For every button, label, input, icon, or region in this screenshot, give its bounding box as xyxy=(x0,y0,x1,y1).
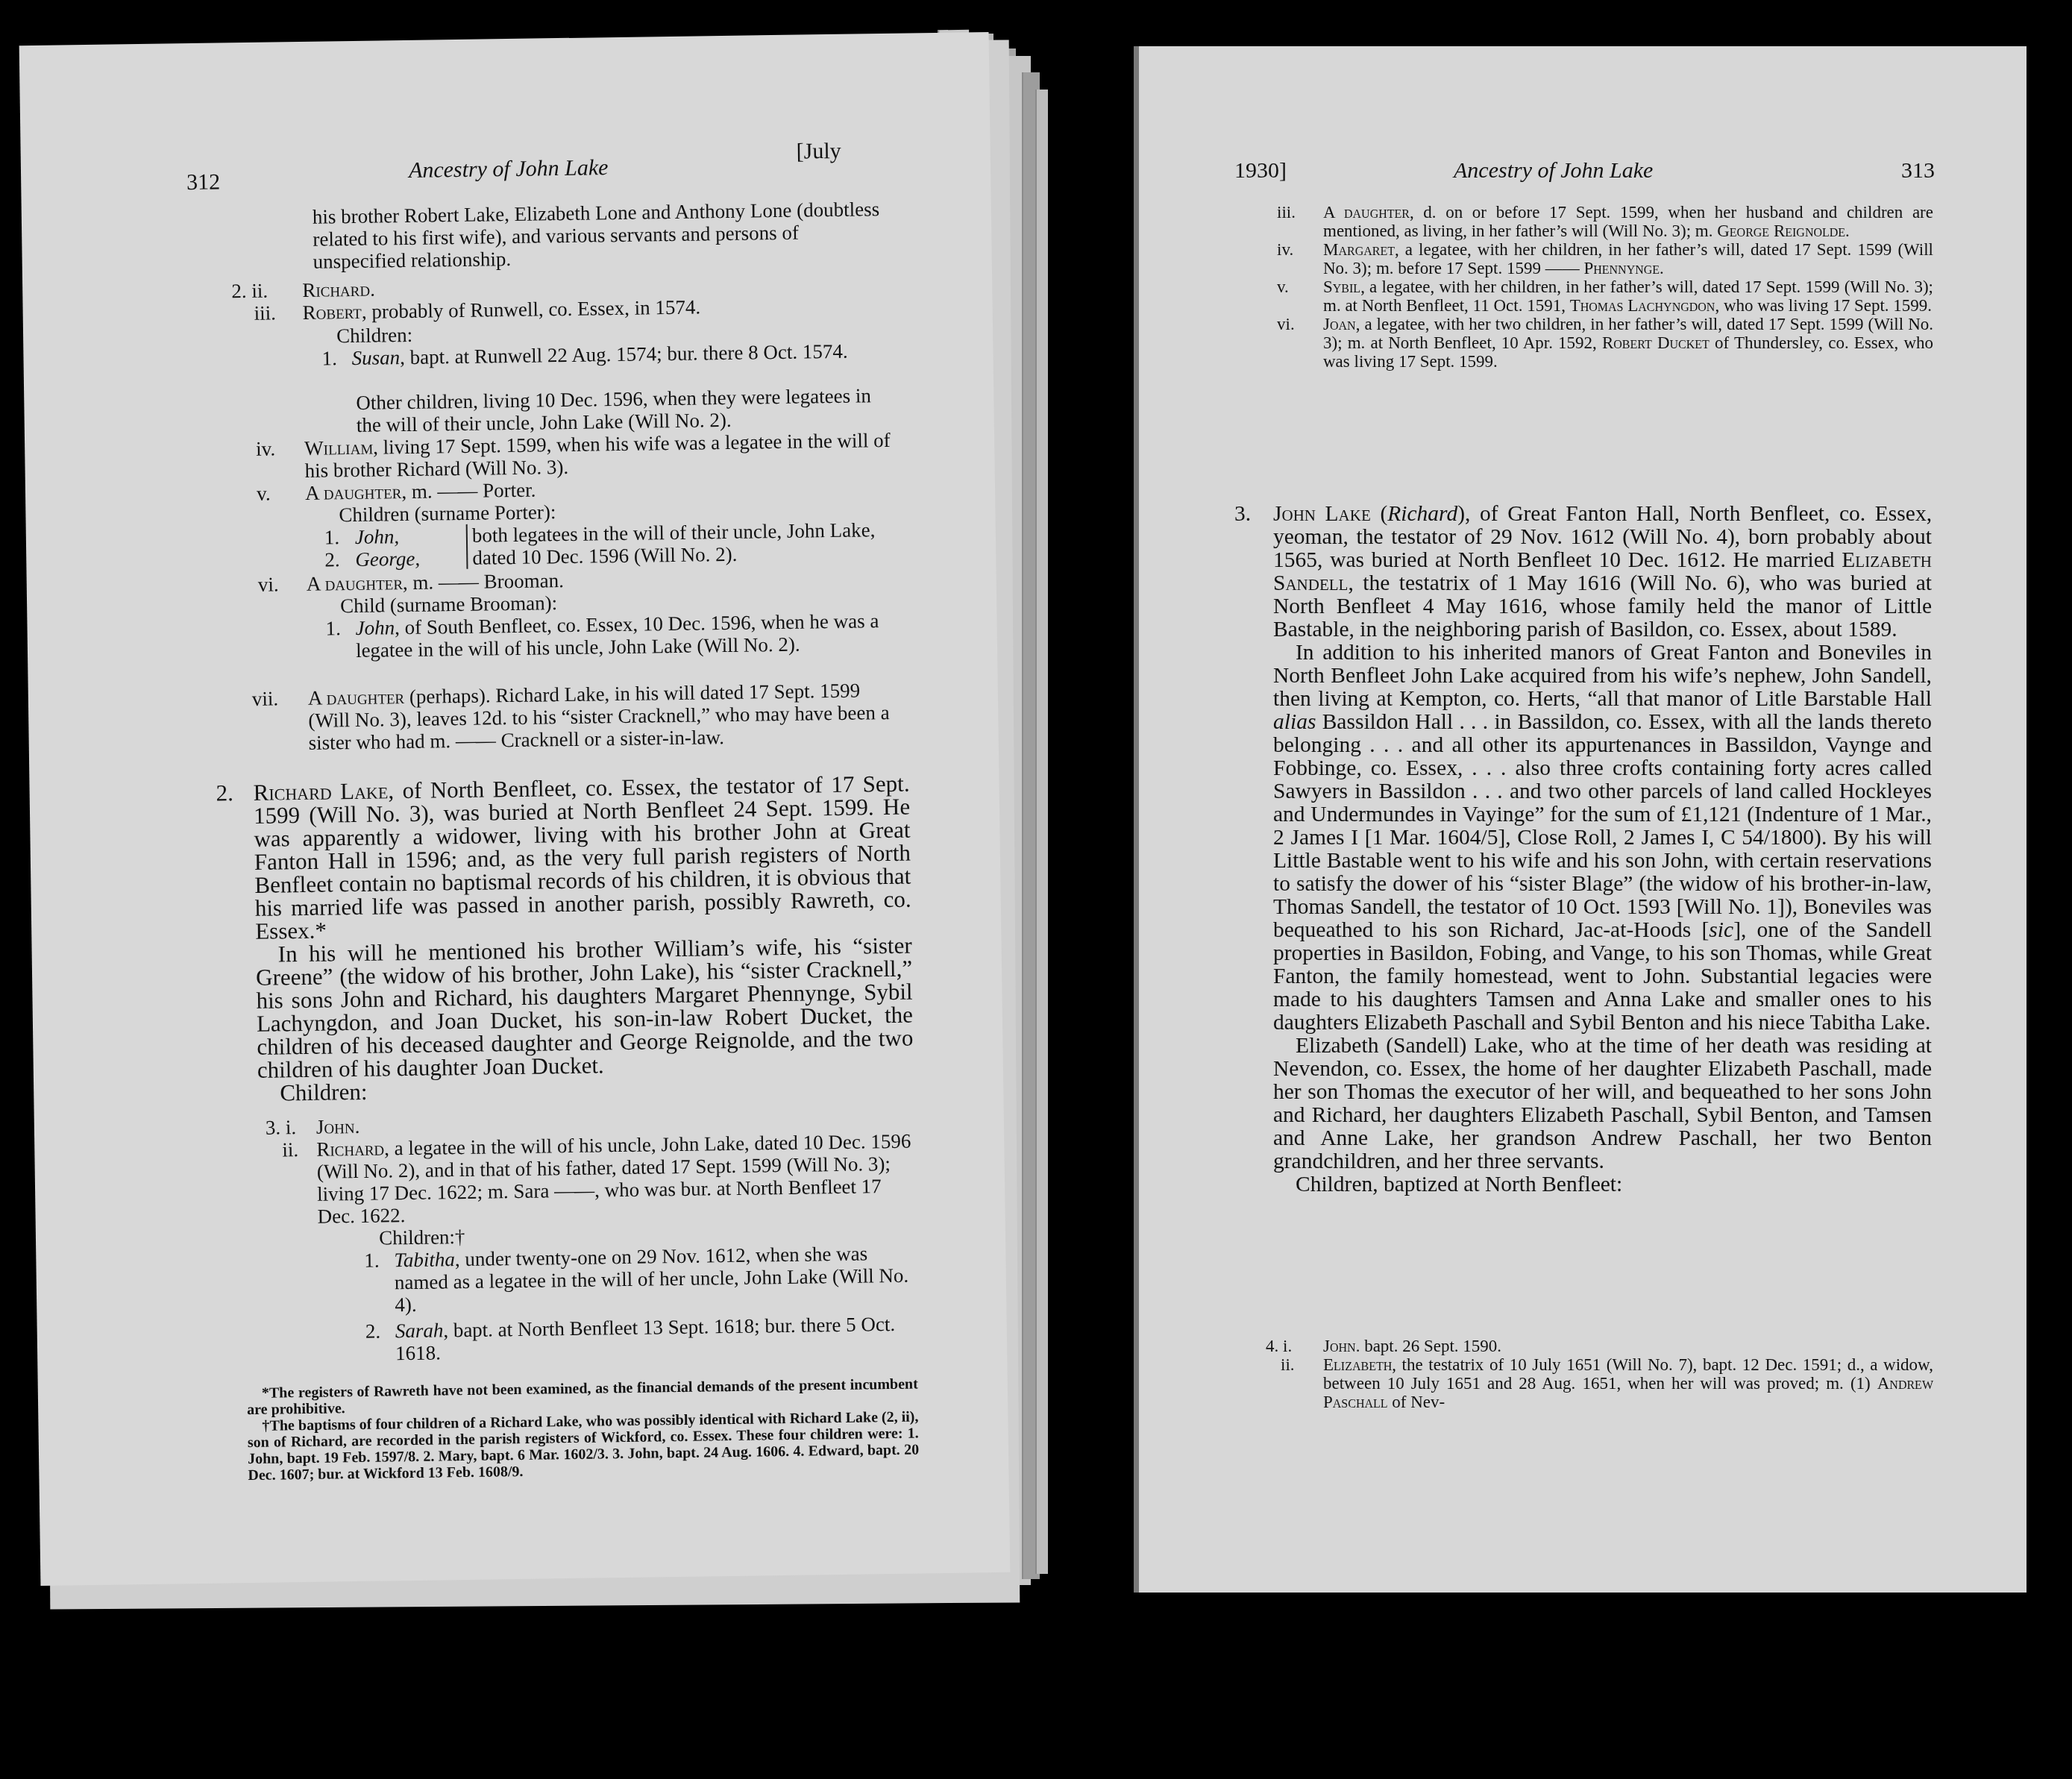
italic-term: alias xyxy=(1273,710,1316,734)
person-name: John Lake xyxy=(1273,502,1371,526)
continuation-paragraph: his brother Robert Lake, Elizabeth Lone … xyxy=(313,198,895,273)
spouse-name: George Reignolde xyxy=(1717,222,1845,240)
section-paragraph: In addition to his inherited manors of G… xyxy=(1273,641,1932,711)
entry-tail: of Nev- xyxy=(1388,1393,1445,1411)
list-item: ii. Elizabeth, the testatrix of 10 July … xyxy=(1266,1355,1933,1411)
person-name: Sybil xyxy=(1323,277,1360,296)
item-number: vi. xyxy=(1277,315,1295,333)
page-number: 312 xyxy=(186,169,220,195)
item-number: iii. xyxy=(254,301,276,324)
children-label: Child (surname Brooman): xyxy=(340,592,557,617)
entry-tail: . xyxy=(1845,222,1850,240)
item-number: ii. xyxy=(282,1138,298,1161)
section-number: 3. xyxy=(1234,503,1251,526)
item-number: iv. xyxy=(256,437,275,459)
person-name: Richard. xyxy=(302,278,375,301)
page-month: [July xyxy=(797,139,841,165)
entry-text: , of South Benfleet, co. Essex, 10 Dec. … xyxy=(356,609,879,662)
list-item: 4. i. John. bapt. 26 Sept. 1590. xyxy=(1266,1337,1933,1355)
italic-term: sic xyxy=(1709,918,1733,942)
footnotes: *The registers of Rawreth have not been … xyxy=(247,1376,920,1484)
item-number: 4. i. xyxy=(1266,1337,1292,1355)
item-number: iv. xyxy=(1277,240,1293,259)
person-name: George, xyxy=(355,547,420,571)
item-number: ii. xyxy=(1281,1355,1295,1374)
entry-text: , living 17 Sept. 1599, when his wife wa… xyxy=(304,429,891,482)
daughters-list: iii. A daughter, d. on or before 17 Sept… xyxy=(1277,203,1933,371)
item-number: vi. xyxy=(258,573,279,595)
section-paragraph: Elizabeth (Sandell) Lake, who at the tim… xyxy=(1234,1035,1932,1173)
person-name: Susan xyxy=(351,346,400,369)
section-paragraph: , the testatrix of 1 May 1616 (Will No. … xyxy=(1273,571,1932,641)
footnote: †The baptisms of four children of a Rich… xyxy=(247,1409,919,1484)
section-paragraph: Bassildon Hall . . . in Bassildon, co. E… xyxy=(1273,710,1932,942)
children-list: 4. i. John. bapt. 26 Sept. 1590. ii. Eli… xyxy=(1266,1337,1937,1411)
item-number: 2. xyxy=(324,548,340,571)
item-number: v. xyxy=(1277,277,1289,296)
list-item: 1. John, xyxy=(324,524,474,549)
list-item: vi. Joan, a legatee, with her two childr… xyxy=(1277,315,1933,371)
person-name: Margaret xyxy=(1323,240,1395,259)
children-label: Children:† xyxy=(379,1226,465,1249)
entry-text: , a legatee in the will of his uncle, Jo… xyxy=(317,1130,911,1228)
other-children-note: Other children, living 10 Dec. 1596, whe… xyxy=(356,384,901,436)
entry-text: . bapt. 26 Sept. 1590. xyxy=(1356,1337,1502,1355)
running-title: Ancestry of John Lake xyxy=(409,155,609,183)
porter-children-note: both legatees in the will of their uncle… xyxy=(466,518,913,569)
running-title: Ancestry of John Lake xyxy=(1454,158,1653,183)
list-item: iii. A daughter, d. on or before 17 Sept… xyxy=(1277,203,1933,240)
spouse-name: Phennynge xyxy=(1583,259,1660,277)
item-number: 1. xyxy=(325,617,341,639)
children-label: Children (surname Porter): xyxy=(339,501,556,526)
item-number: iii. xyxy=(1277,203,1296,222)
item-number: 1. xyxy=(321,347,337,369)
person-name: A daughter xyxy=(1323,203,1410,222)
person-name: John, xyxy=(355,525,400,548)
person-name: A daughter xyxy=(307,571,404,595)
children-label: Children, baptized at North Benfleet: xyxy=(1234,1173,1932,1196)
item-number: 2. xyxy=(365,1320,381,1343)
entry-text: , the testatrix of 10 July 1651 (Will No… xyxy=(1323,1355,1933,1393)
person-name: Robert xyxy=(302,301,362,324)
list-item: vii. A daughter (perhaps). Richard Lake,… xyxy=(237,679,908,688)
right-page: 1930] Ancestry of John Lake 313 iii. A d… xyxy=(1139,46,2027,1593)
section-paragraph: In his will he mentioned his brother Wil… xyxy=(218,934,914,1082)
item-number: 1. xyxy=(364,1249,380,1272)
person-name: A daughter xyxy=(305,480,402,504)
person-name: Tabitha xyxy=(394,1248,455,1271)
section-2: 2. Richard Lake, of North Benfleet, co. … xyxy=(216,772,914,1105)
section-number: 2. xyxy=(216,781,233,804)
page-number: 313 xyxy=(1901,158,1935,183)
item-number: vii. xyxy=(252,687,279,709)
spouse-name: Thomas Lachyngdon xyxy=(1570,296,1715,315)
item-number: v. xyxy=(257,483,271,505)
spouse-name: Robert Ducket xyxy=(1602,333,1710,352)
list-item: 2. George, xyxy=(324,547,474,571)
list-item: ii. Richard, a legatee in the will of hi… xyxy=(266,1130,914,1139)
entry-text: , under twenty-one on 29 Nov. 1612, when… xyxy=(395,1242,909,1316)
person-name: William xyxy=(304,436,373,459)
entry-tail: . xyxy=(1660,259,1664,277)
person-name: Joan xyxy=(1323,315,1356,333)
entry-text: , bapt. at Runwell 22 Aug. 1574; bur. th… xyxy=(400,340,848,368)
entry-tail: , who was living 17 Sept. 1599. xyxy=(1715,296,1932,315)
person-name: John xyxy=(355,616,395,639)
item-number: 3. i. xyxy=(266,1116,297,1139)
father-name: Richard xyxy=(1387,502,1457,526)
item-number: 2. ii. xyxy=(231,280,268,303)
section-3: 3. John Lake (Richard), of Great Fanton … xyxy=(1234,503,1932,1196)
item-number: 1. xyxy=(324,526,340,548)
person-name: Elizabeth xyxy=(1323,1355,1392,1374)
person-name: Richard xyxy=(316,1137,384,1160)
person-name: A daughter xyxy=(308,685,405,709)
entry-text: , m. —— Porter. xyxy=(401,479,536,503)
list-item: v. Sybil, a legatee, with her children, … xyxy=(1277,277,1933,315)
person-name: John xyxy=(1323,1337,1356,1355)
list-item: iv. Margaret, a legatee, with her childr… xyxy=(1277,240,1933,277)
page-edge xyxy=(1035,90,1048,1574)
children-label: Children: xyxy=(336,324,412,347)
entry-text: , bapt. at North Benfleet 13 Sept. 1618;… xyxy=(395,1313,895,1364)
section-paragraph: , of Great Fanton Hall, North Benfleet, … xyxy=(1273,502,1932,572)
list-item: 3. i. John. xyxy=(266,1108,914,1117)
page-year: 1930] xyxy=(1234,158,1287,183)
person-name: John. xyxy=(316,1115,360,1138)
left-page: 312 Ancestry of John Lake [July his brot… xyxy=(19,32,1011,1586)
person-name: Sarah xyxy=(395,1319,444,1342)
entry-text: , m. —— Brooman. xyxy=(403,569,564,594)
entry-text: , probably of Runwell, co. Essex, in 157… xyxy=(362,295,701,322)
